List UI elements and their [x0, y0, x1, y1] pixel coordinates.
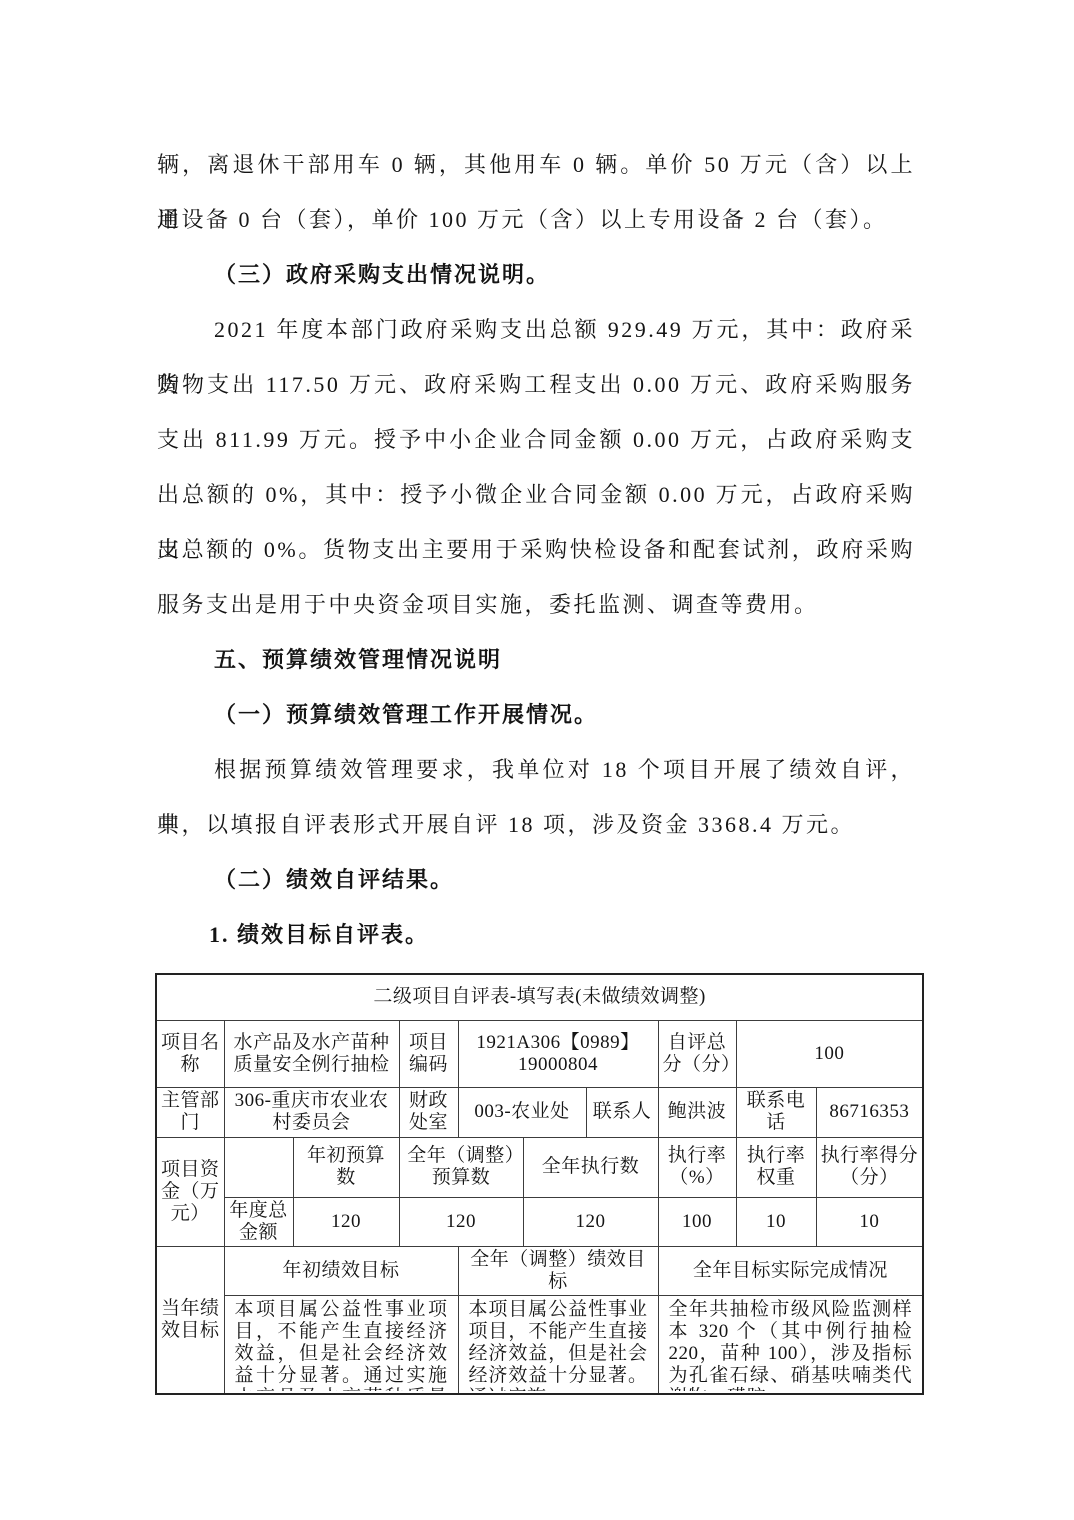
body-line: 根据预算绩效管理要求，我单位对 18 个项目开展了绩效自评，其 — [157, 742, 915, 797]
contact-value: 鲍洪波 — [658, 1087, 736, 1137]
goal-label: 当年绩效目标 — [156, 1246, 224, 1394]
body-line: 出总额的 0%。货物支出主要用于采购快检设备和配套试剂，政府采购 — [157, 522, 915, 577]
col-executed: 全年执行数 — [523, 1137, 658, 1197]
annual-total-label: 年度总金额 — [224, 1197, 293, 1246]
section-heading: （一）预算绩效管理工作开展情况。 — [157, 687, 915, 742]
body-line: 辆，离退休干部用车 0 辆，其他用车 0 辆。单价 50 万元（含）以上通 — [157, 137, 915, 192]
contact-label: 联系人 — [586, 1087, 658, 1137]
executed-value: 120 — [523, 1197, 658, 1246]
goal-adjusted-text: 本项目属公益性事业项目，不能产生直接经济效益，但是社会经济效益十分显著。通过实施 — [463, 1298, 654, 1391]
exec-weight-value: 10 — [736, 1197, 816, 1246]
body-line: 用设备 0 台（套），单价 100 万元（含）以上专用设备 2 台（套）。 — [157, 192, 915, 247]
body-line: 服务支出是用于中央资金项目实施，委托监测、调查等费用。 — [157, 577, 915, 632]
section-heading: （二）绩效自评结果。 — [157, 852, 915, 907]
goal-actual-text-cell: 全年共抽检市级风险监测样本 320 个（其中例行抽检 220，苗种 100），涉… — [658, 1295, 923, 1394]
adjusted-budget-value: 120 — [399, 1197, 523, 1246]
body-line: 出总额的 0%，其中：授予小微企业合同金额 0.00 万元，占政府采购支 — [157, 467, 915, 522]
exec-rate-value: 100 — [658, 1197, 736, 1246]
project-name-value: 水产品及水产苗种质量安全例行抽检 — [224, 1020, 399, 1087]
section-heading: 1. 绩效目标自评表。 — [157, 907, 915, 962]
document-page: 辆，离退休干部用车 0 辆，其他用车 0 辆。单价 50 万元（含）以上通 用设… — [0, 0, 1074, 1520]
goal-initial-text: 本项目属公益性事业项目，不能产生直接经济效益，但是社会经济效益十分显著。通过实施… — [229, 1298, 454, 1391]
body-line: 中，以填报自评表形式开展自评 18 项，涉及资金 3368.4 万元。 — [157, 797, 915, 852]
dept-label: 主管部门 — [156, 1087, 224, 1137]
section-heading: （三）政府采购支出情况说明。 — [157, 247, 915, 302]
section-heading: 五、预算绩效管理情况说明 — [157, 632, 915, 687]
self-score-label: 自评总分（分） — [658, 1020, 736, 1087]
body-line: 货物支出 117.50 万元、政府采购工程支出 0.00 万元、政府采购服务 — [157, 357, 915, 412]
project-name-label: 项目名称 — [156, 1020, 224, 1087]
project-code-value: 1921A306【0989】 19000804 — [458, 1020, 658, 1087]
dept-value: 306-重庆市农业农村委员会 — [224, 1087, 399, 1137]
self-score-value: 100 — [736, 1020, 923, 1087]
initial-budget-value: 120 — [293, 1197, 399, 1246]
goal-col-initial: 年初绩效目标 — [224, 1246, 458, 1295]
finance-office-label: 财政处室 — [399, 1087, 458, 1137]
project-code-label: 项目编码 — [399, 1020, 458, 1087]
col-adjusted-budget: 全年（调整）预算数 — [399, 1137, 523, 1197]
goal-initial-text-cell: 本项目属公益性事业项目，不能产生直接经济效益，但是社会经济效益十分显著。通过实施… — [224, 1295, 458, 1394]
empty-cell — [224, 1137, 293, 1197]
col-exec-score: 执行率得分（分） — [816, 1137, 923, 1197]
document-body: 辆，离退休干部用车 0 辆，其他用车 0 辆。单价 50 万元（含）以上通 用设… — [157, 137, 915, 962]
phone-label: 联系电话 — [736, 1087, 816, 1137]
goal-actual-text: 全年共抽检市级风险监测样本 320 个（其中例行抽检 220，苗种 100），涉… — [663, 1298, 919, 1391]
goal-col-adjusted: 全年（调整）绩效目标 — [458, 1246, 658, 1295]
col-initial-budget: 年初预算数 — [293, 1137, 399, 1197]
goal-adjusted-text-cell: 本项目属公益性事业项目，不能产生直接经济效益，但是社会经济效益十分显著。通过实施 — [458, 1295, 658, 1394]
goal-col-actual: 全年目标实际完成情况 — [658, 1246, 923, 1295]
finance-office-value: 003-农业处 — [458, 1087, 586, 1137]
performance-self-eval-table: 二级项目自评表-填写表(未做绩效调整) 项目名称 水产品及水产苗种质量安全例行抽… — [155, 973, 924, 1395]
phone-value: 86716353 — [816, 1087, 923, 1137]
body-line: 支出 811.99 万元。授予中小企业合同金额 0.00 万元，占政府采购支 — [157, 412, 915, 467]
body-line: 2021 年度本部门政府采购支出总额 929.49 万元，其中：政府采购 — [157, 302, 915, 357]
table-title: 二级项目自评表-填写表(未做绩效调整) — [156, 974, 923, 1020]
col-exec-weight: 执行率权重 — [736, 1137, 816, 1197]
exec-score-value: 10 — [816, 1197, 923, 1246]
funds-label: 项目资金（万元） — [156, 1137, 224, 1246]
col-exec-rate: 执行率（%） — [658, 1137, 736, 1197]
